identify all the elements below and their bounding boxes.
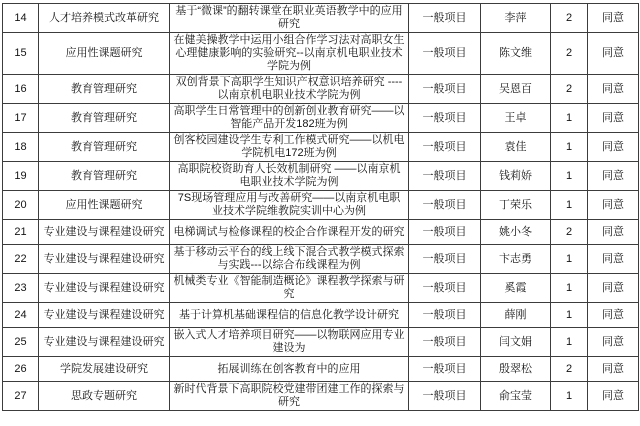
cell-row-number: 25 <box>3 328 39 357</box>
table-row: 18 教育管理研究 创客校园建设学生专利工作模式研究——以机电学院机电172班为… <box>3 133 639 162</box>
cell-count: 2 <box>551 33 588 75</box>
cell-row-number: 15 <box>3 33 39 75</box>
table-row: 17 教育管理研究 高职学生日常管理中的创新创业教育研究——以智能产品开发182… <box>3 104 639 133</box>
cell-category: 教育管理研究 <box>39 104 170 133</box>
cell-project-type: 一般项目 <box>409 191 481 220</box>
document-page: 14 人才培养模式改革研究 基于“微课”的翻转课堂在职业英语教学中的应用研究 一… <box>0 0 640 426</box>
cell-project-title: 拓展训练在创客教育中的应用 <box>170 357 409 382</box>
cell-person-name: 李萍 <box>481 4 551 33</box>
cell-category: 思政专题研究 <box>39 382 170 411</box>
cell-person-name: 殷翠松 <box>481 357 551 382</box>
cell-project-type: 一般项目 <box>409 33 481 75</box>
cell-row-number: 18 <box>3 133 39 162</box>
cell-category: 专业建设与课程建设研究 <box>39 303 170 328</box>
table-row: 14 人才培养模式改革研究 基于“微课”的翻转课堂在职业英语教学中的应用研究 一… <box>3 4 639 33</box>
cell-project-title: 高职院校资助育人长效机制研究 ——以南京机电职业技术学院为例 <box>170 162 409 191</box>
cell-row-number: 22 <box>3 245 39 274</box>
cell-project-title: 机械类专业《智能制造概论》课程教学探索与研究 <box>170 274 409 303</box>
cell-count: 1 <box>551 303 588 328</box>
cell-approval-status: 同意 <box>588 328 639 357</box>
cell-project-title: 基于移动云平台的线上线下混合式教学模式探索与实践---以综合布线课程为例 <box>170 245 409 274</box>
table-row: 26 学院发展建设研究 拓展训练在创客教育中的应用 一般项目 殷翠松 2 同意 <box>3 357 639 382</box>
table-body: 14 人才培养模式改革研究 基于“微课”的翻转课堂在职业英语教学中的应用研究 一… <box>3 4 639 411</box>
cell-approval-status: 同意 <box>588 133 639 162</box>
cell-category: 人才培养模式改革研究 <box>39 4 170 33</box>
cell-count: 1 <box>551 382 588 411</box>
cell-project-title: 新时代背景下高职院校党建带团建工作的探索与研究 <box>170 382 409 411</box>
cell-project-type: 一般项目 <box>409 274 481 303</box>
cell-category: 教育管理研究 <box>39 75 170 104</box>
cell-project-type: 一般项目 <box>409 162 481 191</box>
cell-project-type: 一般项目 <box>409 133 481 162</box>
cell-row-number: 17 <box>3 104 39 133</box>
cell-approval-status: 同意 <box>588 303 639 328</box>
cell-row-number: 16 <box>3 75 39 104</box>
cell-count: 2 <box>551 357 588 382</box>
cell-count: 1 <box>551 133 588 162</box>
table-row: 20 应用性课题研究 7S现场管理应用与改善研究——以南京机电职业技术学院维教院… <box>3 191 639 220</box>
cell-person-name: 俞宝莹 <box>481 382 551 411</box>
table-row: 22 专业建设与课程建设研究 基于移动云平台的线上线下混合式教学模式探索与实践-… <box>3 245 639 274</box>
cell-project-title: 在健美操教学中运用小组合作学习法对高职女生心理健康影响的实验研究--以南京机电职… <box>170 33 409 75</box>
cell-person-name: 袁佳 <box>481 133 551 162</box>
cell-project-title: 7S现场管理应用与改善研究——以南京机电职业技术学院维教院实训中心为例 <box>170 191 409 220</box>
cell-approval-status: 同意 <box>588 274 639 303</box>
cell-category: 应用性课题研究 <box>39 191 170 220</box>
cell-project-title: 创客校园建设学生专利工作模式研究——以机电学院机电172班为例 <box>170 133 409 162</box>
cell-approval-status: 同意 <box>588 33 639 75</box>
cell-category: 教育管理研究 <box>39 133 170 162</box>
table-row: 25 专业建设与课程建设研究 嵌入式人才培养项目研究——以物联网应用专业建设为 … <box>3 328 639 357</box>
cell-project-type: 一般项目 <box>409 220 481 245</box>
cell-row-number: 26 <box>3 357 39 382</box>
cell-approval-status: 同意 <box>588 191 639 220</box>
projects-table: 14 人才培养模式改革研究 基于“微课”的翻转课堂在职业英语教学中的应用研究 一… <box>2 3 639 411</box>
cell-project-type: 一般项目 <box>409 104 481 133</box>
cell-person-name: 王卓 <box>481 104 551 133</box>
cell-project-title: 电梯调试与检修课程的校企合作课程开发的研究 <box>170 220 409 245</box>
cell-row-number: 24 <box>3 303 39 328</box>
cell-person-name: 丁荣乐 <box>481 191 551 220</box>
cell-approval-status: 同意 <box>588 104 639 133</box>
cell-count: 2 <box>551 4 588 33</box>
table-row: 15 应用性课题研究 在健美操教学中运用小组合作学习法对高职女生心理健康影响的实… <box>3 33 639 75</box>
cell-count: 1 <box>551 104 588 133</box>
cell-person-name: 卞志勇 <box>481 245 551 274</box>
cell-person-name: 钱莉娇 <box>481 162 551 191</box>
cell-project-title: 双创背景下高职学生知识产权意识培养研究 ----以南京机电职业技术学院为例 <box>170 75 409 104</box>
cell-project-type: 一般项目 <box>409 75 481 104</box>
cell-category: 专业建设与课程建设研究 <box>39 220 170 245</box>
cell-project-title: 嵌入式人才培养项目研究——以物联网应用专业建设为 <box>170 328 409 357</box>
table-row: 23 专业建设与课程建设研究 机械类专业《智能制造概论》课程教学探索与研究 一般… <box>3 274 639 303</box>
cell-row-number: 21 <box>3 220 39 245</box>
cell-approval-status: 同意 <box>588 357 639 382</box>
cell-category: 专业建设与课程建设研究 <box>39 274 170 303</box>
cell-category: 专业建设与课程建设研究 <box>39 245 170 274</box>
cell-category: 应用性课题研究 <box>39 33 170 75</box>
cell-project-type: 一般项目 <box>409 303 481 328</box>
table-row: 21 专业建设与课程建设研究 电梯调试与检修课程的校企合作课程开发的研究 一般项… <box>3 220 639 245</box>
cell-project-type: 一般项目 <box>409 4 481 33</box>
cell-approval-status: 同意 <box>588 220 639 245</box>
cell-count: 1 <box>551 162 588 191</box>
cell-project-type: 一般项目 <box>409 382 481 411</box>
cell-row-number: 19 <box>3 162 39 191</box>
cell-count: 1 <box>551 328 588 357</box>
cell-count: 2 <box>551 75 588 104</box>
cell-count: 2 <box>551 220 588 245</box>
cell-project-title: 基于计算机基础课程信的信息化教学设计研究 <box>170 303 409 328</box>
cell-row-number: 14 <box>3 4 39 33</box>
cell-project-type: 一般项目 <box>409 245 481 274</box>
cell-approval-status: 同意 <box>588 4 639 33</box>
cell-project-title: 基于“微课”的翻转课堂在职业英语教学中的应用研究 <box>170 4 409 33</box>
cell-project-type: 一般项目 <box>409 357 481 382</box>
cell-category: 专业建设与课程建设研究 <box>39 328 170 357</box>
cell-row-number: 20 <box>3 191 39 220</box>
cell-approval-status: 同意 <box>588 162 639 191</box>
cell-person-name: 姚小冬 <box>481 220 551 245</box>
cell-row-number: 27 <box>3 382 39 411</box>
cell-person-name: 闫文娟 <box>481 328 551 357</box>
cell-count: 1 <box>551 191 588 220</box>
cell-approval-status: 同意 <box>588 245 639 274</box>
cell-project-type: 一般项目 <box>409 328 481 357</box>
cell-person-name: 吴恩百 <box>481 75 551 104</box>
table-row: 24 专业建设与课程建设研究 基于计算机基础课程信的信息化教学设计研究 一般项目… <box>3 303 639 328</box>
cell-category: 学院发展建设研究 <box>39 357 170 382</box>
cell-category: 教育管理研究 <box>39 162 170 191</box>
cell-row-number: 23 <box>3 274 39 303</box>
cell-count: 1 <box>551 274 588 303</box>
cell-person-name: 陈文维 <box>481 33 551 75</box>
cell-project-title: 高职学生日常管理中的创新创业教育研究——以智能产品开发182班为例 <box>170 104 409 133</box>
cell-approval-status: 同意 <box>588 75 639 104</box>
table-row: 16 教育管理研究 双创背景下高职学生知识产权意识培养研究 ----以南京机电职… <box>3 75 639 104</box>
cell-count: 1 <box>551 245 588 274</box>
table-row: 27 思政专题研究 新时代背景下高职院校党建带团建工作的探索与研究 一般项目 俞… <box>3 382 639 411</box>
cell-person-name: 奚霞 <box>481 274 551 303</box>
cell-person-name: 薛刚 <box>481 303 551 328</box>
cell-approval-status: 同意 <box>588 382 639 411</box>
table-row: 19 教育管理研究 高职院校资助育人长效机制研究 ——以南京机电职业技术学院为例… <box>3 162 639 191</box>
